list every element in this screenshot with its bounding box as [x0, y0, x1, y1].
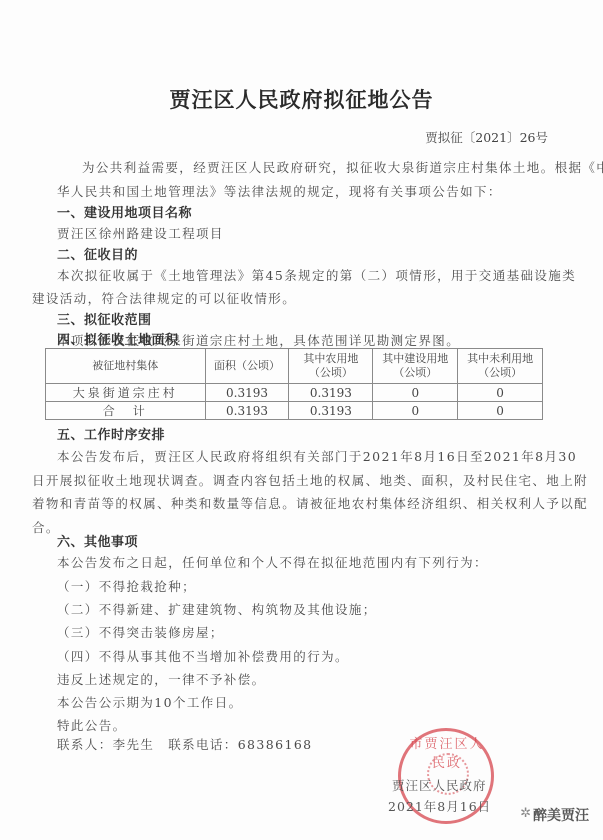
section-5-heading: 五、工作时序安排 — [57, 424, 165, 443]
table-header-cell: 其中农用地（公顷） — [289, 349, 373, 384]
table-header-row: 被征地村集体 面积（公顷） 其中农用地（公顷） 其中建设用地（公顷） 其中未利用… — [46, 349, 543, 384]
section-3-heading: 三、拟征收范围 — [57, 309, 152, 328]
watermark-text: 醉美贾汪 — [533, 805, 589, 825]
section-6-line-5: （四）不得从事其他不当增加补偿费用的行为。 — [57, 647, 349, 665]
section-6-heading: 六、其他事项 — [57, 531, 138, 550]
table-cell: 大泉街道宗庄村 — [46, 384, 206, 402]
table-row: 大泉街道宗庄村 0.3193 0.3193 0 0 — [46, 384, 543, 402]
section-6-line-4: （三）不得突击装修房屋； — [57, 623, 224, 641]
intro-line-2: 华人民共和国土地管理法》等法律法规的规定，现将有关事项公告如下： — [57, 182, 502, 200]
section-5-line-2: 日开展拟征收土地现状调查。调查内容包括土地的权属、地类、面积，及村民住宅、地上附 — [32, 471, 588, 489]
section-4-heading: 四、拟征收土地面积 — [57, 329, 179, 348]
issue-date: 2021年8月16日 — [388, 797, 491, 815]
section-5-line-4: 合。 — [32, 518, 60, 536]
section-6-line-2: （一）不得抢栽抢种； — [57, 577, 196, 595]
land-area-table: 被征地村集体 面积（公顷） 其中农用地（公顷） 其中建设用地（公顷） 其中未利用… — [45, 348, 543, 420]
table-cell: 0.3193 — [205, 402, 289, 420]
table-row: 合 计 0.3193 0.3193 0 0 — [46, 402, 543, 420]
section-2-line-1: 本次拟征收属于《土地管理法》第45条规定的第（二）项情形，用于交通基础设施类 — [57, 266, 576, 284]
issuer-name: 贾汪区人民政府 — [392, 776, 487, 794]
table-cell: 0 — [373, 384, 458, 402]
document-title: 贾汪区人民政府拟征地公告 — [0, 84, 603, 114]
table-cell: 0.3193 — [205, 384, 289, 402]
table-cell: 0 — [458, 384, 543, 402]
table-cell: 0.3193 — [289, 402, 373, 420]
section-6-line-8: 特此公告。 — [57, 716, 127, 734]
table-header-cell: 其中未利用地（公顷） — [458, 349, 543, 384]
section-6-line-3: （二）不得新建、扩建建筑物、构筑物及其他设施； — [57, 600, 377, 618]
section-5-line-3: 着物和青苗等的权属、种类和数量等信息。请被征地农村集体经济组织、相关权利人予以配 — [32, 494, 588, 512]
intro-line-1: 为公共利益需要，经贾汪区人民政府研究，拟征收大泉街道宗庄村集体土地。根据《中 — [82, 158, 603, 176]
section-2-line-2: 建设活动，符合法律规定的可以征收情形。 — [32, 289, 296, 307]
table-cell: 0 — [373, 402, 458, 420]
section-1-line-1: 贾汪区徐州路建设工程项目 — [57, 224, 224, 242]
contact-info: 联系人：李先生 联系电话：68386168 — [57, 735, 313, 753]
table-cell: 合 计 — [46, 402, 206, 420]
section-1-heading: 一、建设用地项目名称 — [57, 202, 192, 221]
wechat-icon: ✲ — [520, 806, 531, 821]
section-5-line-1: 本公告发布后，贾汪区人民政府将组织有关部门于2021年8月16日至2021年8月… — [57, 447, 577, 465]
section-6-line-1: 本公告发布之日起，任何单位和个人不得在拟征地范围内有下列行为： — [57, 553, 488, 571]
document-number: 贾拟征〔2021〕26号 — [425, 128, 548, 146]
section-2-heading: 二、征收目的 — [57, 244, 138, 263]
table-header-cell: 被征地村集体 — [46, 349, 206, 384]
table-cell: 0.3193 — [289, 384, 373, 402]
section-6-line-7: 本公告公示期为10个工作日。 — [57, 693, 243, 711]
section-6-line-6: 违反上述规定的，一律不予补偿。 — [57, 670, 266, 688]
table-header-cell: 面积（公顷） — [205, 349, 289, 384]
table-header-cell: 其中建设用地（公顷） — [373, 349, 458, 384]
table-cell: 0 — [458, 402, 543, 420]
